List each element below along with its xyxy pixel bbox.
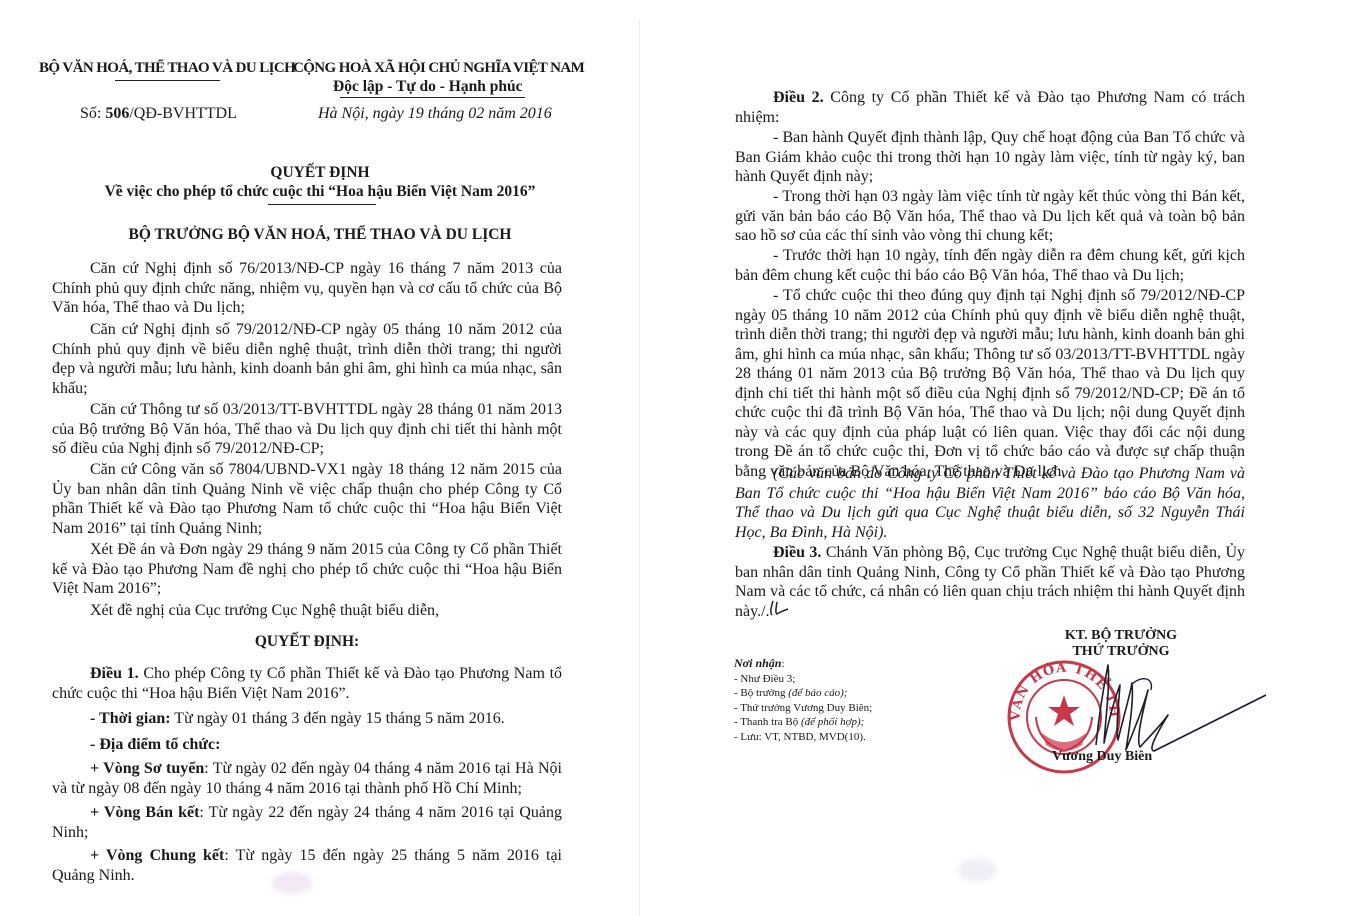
recipient-item: - Thứ trưởng Vương Duy Biên; [734, 701, 872, 716]
number-value: 506 [105, 105, 129, 122]
article-2-item: - Ban hành Quyết định thành lập, Quy chế… [735, 128, 1245, 187]
round-item: + Vòng Sơ tuyển: Từ ngày 02 đến ngày 04 … [52, 759, 562, 798]
article-3: Điều 3. Chánh Văn phòng Bộ, Cục trưởng C… [735, 543, 1245, 621]
article-2: Điều 2. Công ty Cổ phần Thiết kế và Đào … [735, 88, 1245, 127]
recipient-item: - Lưu: VT, NTBD, MVD(10). [734, 730, 872, 745]
decision-page-2: Điều 2. Công ty Cổ phần Thiết kế và Đào … [641, 0, 1356, 916]
round-label: + Vòng Sơ tuyển [90, 760, 204, 777]
article-2-note: (Các văn bản do Công ty Cổ phần Thiết kế… [735, 464, 1245, 542]
time-label: - Thời gian: [90, 710, 171, 727]
round-label: + Vòng Chung kết [90, 847, 224, 864]
national-motto: Độc lập - Tự do - Hạnh phúc [333, 78, 522, 96]
preamble-clause: Căn cứ Thông tư số 03/2013/TT-BVHTTDL ng… [52, 400, 562, 459]
subject-underline [268, 204, 376, 205]
decision-heading: QUYẾT ĐỊNH: [52, 632, 562, 652]
recipients-heading: Nơi nhận [734, 656, 781, 670]
article-2-label: Điều 2. [773, 89, 824, 106]
article-1-label: Điều 1. [90, 665, 139, 682]
article-2-item: - Trong thời hạn 03 ngày làm việc tính t… [735, 187, 1245, 246]
article-1: Điều 1. Cho phép Công ty Cổ phần Thiết k… [52, 664, 562, 703]
decision-page-1: BỘ VĂN HOÁ, THỂ THAO VÀ DU LỊCH CỘNG HOÀ… [0, 0, 640, 916]
motto-underline [340, 97, 525, 98]
time-line: - Thời gian: Từ ngày 01 tháng 3 đến ngày… [52, 709, 562, 729]
document-number: Số: 506/QĐ-BVHTTDL [80, 105, 237, 123]
article-2-item: - Tổ chức cuộc thi theo đúng quy định tạ… [735, 286, 1245, 481]
signer-name: Vương Duy Biên [1052, 749, 1152, 765]
scan-smudge [958, 858, 996, 882]
number-suffix: /QĐ-BVHTTDL [129, 105, 237, 122]
issuing-ministry: BỘ VĂN HOÁ, THỂ THAO VÀ DU LỊCH [39, 60, 295, 77]
page-seam [639, 20, 640, 916]
article-3-label: Điều 3. [773, 544, 821, 561]
recipient-item: - Thanh tra Bộ (để phối hợp); [734, 715, 872, 730]
recipient-item: - Bộ trưởng (để báo cáo); [734, 686, 872, 701]
initials-mark-icon [768, 599, 792, 619]
document-type-title: QUYẾT ĐỊNH [0, 164, 640, 182]
preamble-clause: Căn cứ Nghị định số 79/2012/NĐ-CP ngày 0… [52, 320, 562, 398]
preamble-clause: Xét Đề án và Đơn ngày 29 tháng 9 năm 201… [52, 540, 562, 599]
article-2-item: - Trước thời hạn 10 ngày, tính đến ngày … [735, 246, 1245, 285]
recipients-list: Nơi nhận: - Như Điều 3; - Bộ trưởng (để … [734, 656, 872, 744]
recipient-item: - Như Điều 3; [734, 672, 872, 687]
round-item: + Vòng Bán kết: Từ ngày 22 đến ngày 24 t… [52, 803, 562, 842]
issuing-authority: BỘ TRƯỞNG BỘ VĂN HOÁ, THỂ THAO VÀ DU LỊC… [0, 226, 640, 244]
document-subject: Về việc cho phép tổ chức cuộc thi “Hoa h… [0, 183, 640, 201]
time-text: Từ ngày 01 tháng 3 đến ngày 15 tháng 5 n… [171, 710, 505, 727]
national-title: CỘNG HOÀ XÃ HỘI CHỦ NGHĨA VIỆT NAM [293, 60, 584, 77]
round-label: + Vòng Bán kết [90, 804, 199, 821]
ministry-underline [115, 80, 220, 81]
preamble-clause: Căn cứ Công văn số 7804/UBND-VX1 ngày 18… [52, 460, 562, 538]
preamble-clause: Xét đề nghị của Cục trưởng Cục Nghệ thuậ… [52, 601, 562, 621]
place-and-date: Hà Nội, ngày 19 tháng 02 năm 2016 [318, 105, 552, 123]
number-prefix: Số: [80, 105, 105, 122]
preamble-clause: Căn cứ Nghị định số 76/2013/NĐ-CP ngày 1… [52, 259, 562, 318]
scan-smudge [272, 872, 312, 894]
venue-label: - Địa điểm tổ chức: [52, 735, 562, 755]
signer-authority: KT. BỘ TRƯỞNG [1021, 628, 1221, 644]
